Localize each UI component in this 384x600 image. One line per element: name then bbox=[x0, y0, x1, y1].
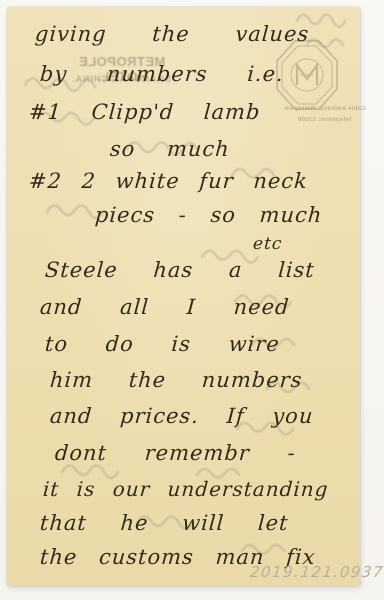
letter-line-10: to do is wire bbox=[44, 332, 281, 356]
letter-line-1: giving the values bbox=[34, 22, 310, 46]
cable-address-bleedthrough: Cable Address: Metropole bbox=[283, 106, 367, 112]
letter-line-4: so much bbox=[109, 137, 231, 161]
letter-line-9: and all I need bbox=[39, 295, 290, 319]
scan-background: METROPOLE HOTEL. SHANGHAI, CHINA. Cable … bbox=[0, 0, 384, 600]
hotel-crest-icon bbox=[275, 39, 339, 115]
letter-line-3: #1 Clipp'd lamb bbox=[28, 100, 261, 124]
catalog-number: 2019.121.0937c bbox=[249, 563, 384, 581]
letter-line-13: dont remembr - bbox=[54, 441, 296, 465]
letter-line-6: piecs - so much bbox=[94, 203, 323, 227]
letter-line-12: and prices. If you bbox=[49, 404, 314, 428]
letter-page: METROPOLE HOTEL. SHANGHAI, CHINA. Cable … bbox=[7, 7, 360, 586]
letter-line-5: #2 2 white fur neck bbox=[28, 169, 309, 193]
letter-line-14: it is our understanding bbox=[42, 477, 329, 501]
letter-line-8: Steele has a list bbox=[44, 258, 316, 282]
letter-line-2: by numbers i.e. bbox=[39, 62, 284, 86]
telephone-bleedthrough: Telephone: 13500 bbox=[291, 117, 359, 123]
letter-line-7: etc bbox=[252, 234, 283, 254]
letter-line-15: that he will let bbox=[39, 511, 289, 535]
letter-line-11: him the numbers bbox=[49, 368, 303, 392]
